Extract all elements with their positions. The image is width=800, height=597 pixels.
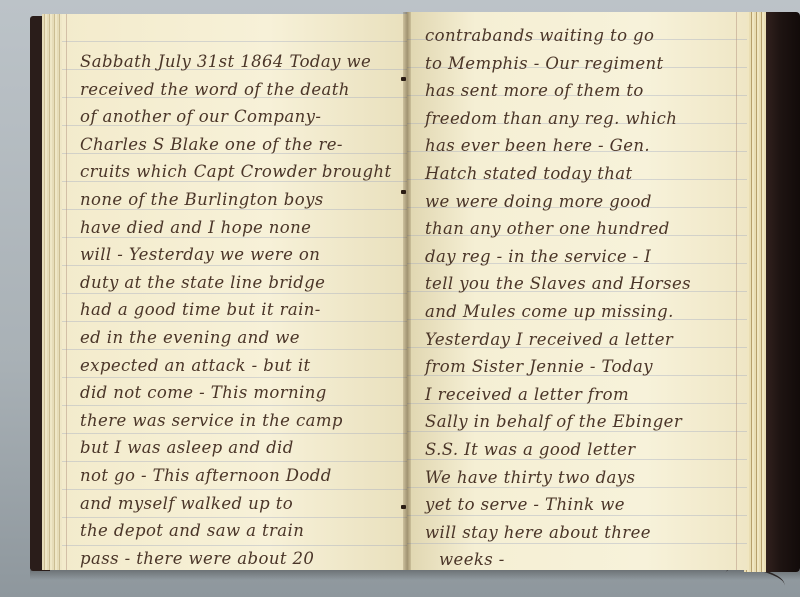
diary-page-left: Sabbath July 31st 1864 Today we received… [62, 14, 407, 570]
text-line: there was service in the camp [80, 407, 399, 435]
text-line: but I was asleep and did [80, 434, 399, 462]
book-gutter [403, 12, 411, 570]
text-line: ed in the evening and we [80, 324, 399, 352]
margin-line [66, 14, 67, 570]
text-line: contrabands waiting to go [425, 22, 739, 50]
text-line: We have thirty two days [425, 464, 739, 492]
diary-page-right: contrabands waiting to go to Memphis - O… [407, 12, 747, 570]
text-line: than any other one hundred [425, 215, 739, 243]
text-line: of another of our Company- [80, 103, 399, 131]
text-line: tell you the Slaves and Horses [425, 270, 739, 298]
text-line: and myself walked up to [80, 490, 399, 518]
text-line: duty at the state line bridge [80, 269, 399, 297]
text-line: will - Yesterday we were on [80, 241, 399, 269]
page-edges-right [744, 12, 766, 572]
text-line: Sally in behalf of the Ebinger [425, 408, 739, 436]
text-line: will stay here about three [425, 519, 739, 547]
text-line: Sabbath July 31st 1864 Today we [80, 48, 399, 76]
text-line: has ever been here - Gen. [425, 132, 739, 160]
text-line: day reg - in the service - I [425, 243, 739, 271]
text-line: had a good time but it rain- [80, 296, 399, 324]
text-line: yet to serve - Think we [425, 491, 739, 519]
book-shadow [30, 570, 800, 580]
text-line: Charles S Blake one of the re- [80, 131, 399, 159]
text-line: freedom than any reg. which [425, 105, 739, 133]
text-line: from Sister Jennie - Today [425, 353, 739, 381]
text-line: have died and I hope none [80, 214, 399, 242]
text-line: weeks - [425, 546, 739, 570]
text-line: not go - This afternoon Dodd [80, 462, 399, 490]
text-line: none of the Burlington boys [80, 186, 399, 214]
text-line: pass - there were about 20 [80, 545, 399, 570]
text-line: I received a letter from [425, 381, 739, 409]
text-line: to Memphis - Our regiment [425, 50, 739, 78]
binding-stitch [401, 77, 406, 81]
binding-stitch [401, 190, 406, 194]
text-line: cruits which Capt Crowder brought [80, 158, 399, 186]
text-line: did not come - This morning [80, 379, 399, 407]
text-line: we were doing more good [425, 188, 739, 216]
book-cover-right [760, 12, 800, 572]
text-line: Yesterday I received a letter [425, 326, 739, 354]
text-line: the depot and saw a train [80, 517, 399, 545]
text-line: S.S. It was a good letter [425, 436, 739, 464]
left-page-text: Sabbath July 31st 1864 Today we received… [80, 48, 399, 570]
text-line: and Mules come up missing. [425, 298, 739, 326]
right-page-text: contrabands waiting to go to Memphis - O… [425, 22, 739, 570]
text-line: Hatch stated today that [425, 160, 739, 188]
binding-stitch [401, 505, 406, 509]
text-line: has sent more of them to [425, 77, 739, 105]
text-line: received the word of the death [80, 76, 399, 104]
text-line: expected an attack - but it [80, 352, 399, 380]
